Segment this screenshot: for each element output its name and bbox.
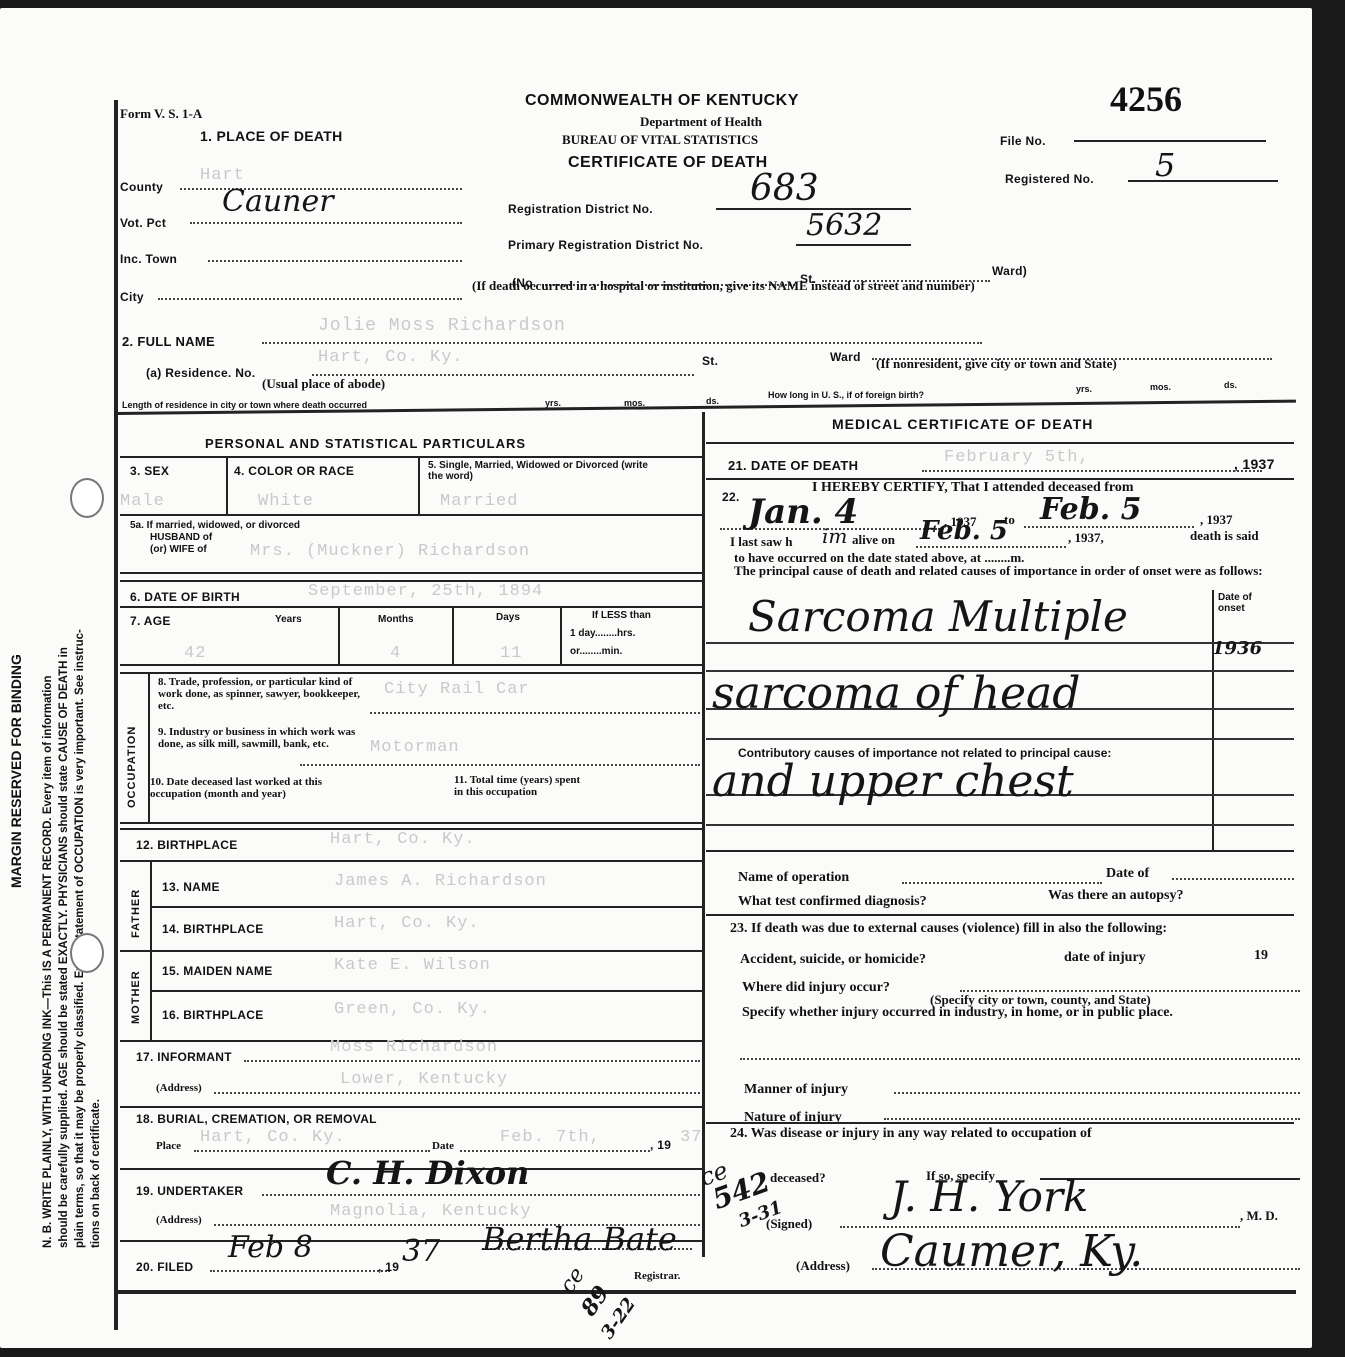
less-than-label: If LESS than: [592, 610, 651, 621]
burial-label: 18. BURIAL, CREMATION, OR REMOVAL: [136, 1112, 377, 1126]
father-name-value: James A. Richardson: [334, 872, 547, 891]
birthplace-value: Hart, Co. Ky.: [330, 830, 476, 849]
spouse-label-1: 5a. If married, widowed, or divorced: [130, 520, 300, 531]
registered-no-label: Registered No.: [1005, 172, 1094, 186]
margin-instruction-2: should be carefully supplied. AGE should…: [58, 647, 70, 1248]
foreign-birth-label: How long in U. S., if of foreign birth?: [768, 390, 924, 400]
date-of-death-value: February 5th,: [944, 448, 1090, 467]
medical-heading: MEDICAL CERTIFICATE OF DEATH: [832, 416, 1093, 432]
inc-town-label: Inc. Town: [120, 252, 177, 266]
residence-label: (a) Residence. No.: [146, 366, 255, 380]
alive-on-year: , 1937,: [1068, 530, 1104, 546]
registrar-label: Registrar.: [634, 1270, 680, 1282]
physician-signature: J. H. York: [890, 1172, 1089, 1221]
ds-label: ds.: [1224, 380, 1237, 390]
burial-year-value: 37: [680, 1128, 702, 1147]
industry-value: Motorman: [370, 738, 460, 757]
hospital-note: (If death occurred in a hospital or inst…: [472, 278, 975, 294]
county-value: Hart: [200, 166, 245, 185]
mother-side-label: MOTHER: [130, 970, 142, 1024]
father-side-label: FATHER: [130, 889, 142, 938]
last-worked-label: 10. Date deceased last worked at this oc…: [150, 776, 370, 800]
days-label: Days: [496, 612, 520, 623]
attended-to-year: , 1937: [1200, 512, 1233, 528]
certify-number: 22.: [722, 490, 740, 504]
department: Department of Health: [640, 114, 762, 130]
deceased-label: deceased?: [770, 1170, 826, 1186]
filed-label: 20. FILED: [136, 1260, 193, 1274]
days-value: 11: [500, 644, 522, 663]
trade-label: 8. Trade, profession, or particular kind…: [158, 676, 378, 712]
md-label: , M. D.: [1240, 1208, 1278, 1224]
operation-date-label: Date of: [1106, 866, 1149, 882]
father-name-label: 13. NAME: [162, 880, 220, 894]
injury-date-label: date of injury: [1064, 950, 1146, 966]
years-value: 42: [184, 644, 206, 663]
spouse-label-3: (or) WIFE of: [150, 544, 207, 555]
race-value: White: [258, 492, 314, 511]
less-min-label: or........min.: [570, 646, 622, 657]
burial-date-label: Date: [432, 1140, 454, 1152]
sex-label: 3. SEX: [130, 464, 169, 478]
total-time-label: 11. Total time (years) spent in this occ…: [454, 774, 584, 798]
date-of-onset-label: Date of onset: [1218, 592, 1268, 614]
cause-line-2: sarcoma of head: [712, 668, 1080, 719]
yrs-label: yrs.: [1076, 384, 1092, 394]
primary-district-label: Primary Registration District No.: [508, 238, 703, 252]
alive-on-date: Feb. 5: [920, 516, 1008, 546]
father-birthplace-value: Hart, Co. Ky.: [334, 914, 480, 933]
burial-year-prefix: , 19: [650, 1138, 671, 1152]
occupation-related-question: 24. Was disease or injury in any way rel…: [730, 1126, 1092, 1142]
dob-label: 6. DATE OF BIRTH: [130, 590, 240, 604]
onset-value-1: 1936: [1212, 638, 1262, 659]
form-number: Form V. S. 1-A: [120, 106, 202, 122]
burial-date-value: Feb. 7th,: [500, 1128, 601, 1147]
filed-year-value: 37: [402, 1234, 440, 1269]
vot-pct-value: Cauner: [222, 184, 334, 219]
dob-value: September, 25th, 1894: [308, 582, 543, 601]
undertaker-label: 19. UNDERTAKER: [136, 1184, 243, 1198]
mother-name-label: 15. MAIDEN NAME: [162, 964, 273, 978]
principal-cause-text: The principal cause of death and related…: [734, 564, 1294, 577]
trade-value: City Rail Car: [384, 680, 530, 699]
injury-year-prefix: 19: [1254, 948, 1268, 964]
reg-district-label: Registration District No.: [508, 202, 653, 216]
death-certificate: MARGIN RESERVED FOR BINDING N. B. WRITE …: [0, 8, 1312, 1348]
months-value: 4: [390, 644, 401, 663]
race-label: 4. COLOR OR RACE: [234, 464, 354, 478]
mother-birthplace-value: Green, Co. Ky.: [334, 1000, 491, 1019]
mother-name-value: Kate E. Wilson: [334, 956, 491, 975]
autopsy-label: Was there an autopsy?: [1048, 888, 1183, 904]
certificate-title: CERTIFICATE OF DEATH: [568, 154, 768, 172]
mos-label: mos.: [1150, 382, 1171, 392]
death-is-said: death is said: [1190, 528, 1259, 544]
cause-line-3: and upper chest: [712, 756, 1074, 807]
spouse-value: Mrs. (Muckner) Richardson: [250, 542, 530, 561]
operation-label: Name of operation: [738, 870, 849, 886]
residence-ward-label: Ward: [830, 350, 861, 364]
undertaker-address-label: (Address): [156, 1214, 202, 1226]
registered-no-value: 5: [1155, 146, 1175, 184]
nonresident-note: (If nonresident, give city or town and S…: [876, 356, 1117, 372]
stamp-number: 4256: [1110, 78, 1182, 120]
last-saw-pronoun: im: [822, 524, 847, 548]
bureau: BUREAU OF VITAL STATISTICS: [562, 132, 758, 148]
length-of-residence-label: Length of residence in city or town wher…: [122, 400, 367, 410]
file-no-label: File No.: [1000, 134, 1046, 148]
informant-address-label: (Address): [156, 1082, 202, 1094]
father-birthplace-label: 14. BIRTHPLACE: [162, 922, 264, 936]
sex-value: Male: [120, 492, 165, 511]
attended-to-date: Feb. 5: [1040, 492, 1141, 527]
physician-address-label: (Address): [796, 1258, 850, 1274]
personal-heading: PERSONAL AND STATISTICAL PARTICULARS: [205, 436, 526, 451]
state-title: COMMONWEALTH OF KENTUCKY: [525, 92, 799, 110]
less-hrs-label: 1 day........hrs.: [570, 628, 635, 639]
filed-year-prefix: , 19: [378, 1260, 399, 1274]
manner-of-injury-label: Manner of injury: [744, 1082, 848, 1098]
margin-instruction-4: tions on back of certificate.: [90, 1099, 102, 1248]
undertaker-signature: C. H. Dixon: [326, 1154, 529, 1192]
injury-specify-label: Specify whether injury occurred in indus…: [742, 1006, 1302, 1020]
occupation-side-label: OCCUPATION: [126, 726, 138, 808]
binding-margin-label: MARGIN RESERVED FOR BINDING: [8, 654, 24, 888]
registrar-signature: Bertha Bate: [482, 1220, 677, 1258]
date-of-death-year: , 1937: [1234, 456, 1275, 472]
accident-label: Accident, suicide, or homicide?: [740, 952, 926, 968]
date-of-death-label: 21. DATE OF DEATH: [728, 458, 858, 473]
full-name-label: 2. FULL NAME: [122, 334, 215, 349]
margin-instruction-1: N. B. WRITE PLAINLY, WITH UNFADING INK—T…: [42, 676, 54, 1248]
ds-label: ds.: [706, 396, 719, 406]
primary-district-value: 5632: [806, 208, 882, 243]
county-label: County: [120, 180, 163, 194]
vot-pct-label: Vot. Pct: [120, 216, 166, 230]
test-confirmed-label: What test confirmed diagnosis?: [738, 894, 927, 910]
birthplace-label: 12. BIRTHPLACE: [136, 838, 238, 852]
informant-label: 17. INFORMANT: [136, 1050, 232, 1064]
external-causes-label: 23. If death was due to external causes …: [730, 922, 1300, 936]
reg-district-value: 683: [750, 168, 819, 209]
residence-st-label: St.: [702, 354, 718, 368]
marital-value: Married: [440, 492, 518, 511]
burial-place-value: Hart, Co. Ky.: [200, 1128, 346, 1147]
city-label: City: [120, 290, 144, 304]
months-label: Months: [378, 614, 414, 625]
binding-hole-icon: [70, 933, 104, 973]
injury-where-label: Where did injury occur?: [742, 980, 890, 996]
physician-address-value: Caumer, Ky.: [880, 1226, 1143, 1277]
binding-hole-icon: [70, 478, 104, 518]
undertaker-address-value: Magnolia, Kentucky: [330, 1202, 532, 1221]
burial-place-label: Place: [156, 1140, 181, 1152]
industry-label: 9. Industry or business in which work wa…: [158, 726, 378, 750]
cause-line-1: Sarcoma Multiple: [748, 592, 1128, 641]
mother-birthplace-label: 16. BIRTHPLACE: [162, 1008, 264, 1022]
informant-value: Moss Richardson: [330, 1038, 498, 1057]
filed-date-value: Feb 8: [228, 1230, 313, 1265]
marital-label: 5. Single, Married, Widowed or Divorced …: [428, 460, 658, 482]
years-label: Years: [275, 614, 302, 625]
age-label: 7. AGE: [130, 614, 171, 628]
full-name-value: Jolie Moss Richardson: [318, 316, 566, 336]
alive-on-label: alive on: [852, 532, 895, 548]
residence-value: Hart, Co. Ky.: [318, 348, 464, 367]
street-ward-label: Ward): [992, 264, 1027, 278]
last-saw-label: I last saw h: [730, 534, 793, 550]
spouse-label-2: HUSBAND of: [150, 532, 212, 543]
informant-address-value: Lower, Kentucky: [340, 1070, 508, 1089]
form-border: [114, 100, 118, 1330]
place-of-death-heading: 1. PLACE OF DEATH: [200, 128, 343, 144]
abode-note: (Usual place of abode): [262, 376, 385, 392]
